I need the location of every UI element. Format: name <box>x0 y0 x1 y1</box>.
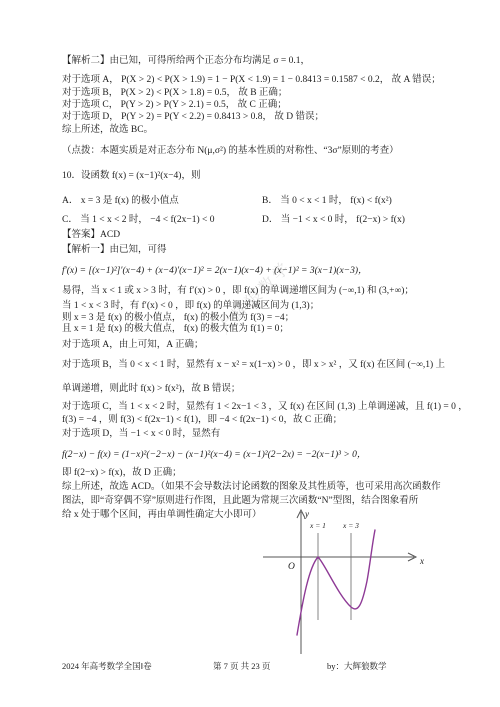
solution1-final-line1: 综上所述，故选 ACD。（如果不会导数法讨论函数的图象及其性质等，也可采用高次函… <box>62 482 441 494</box>
solution2-option-b: 对于选项 B， P(X > 2) < P(X > 1.8) = 0.5， 故 B… <box>62 88 287 100</box>
footer-author: by：大辉狼数学 <box>327 660 387 672</box>
y-axis-label: y <box>304 509 309 519</box>
x-axis-label: x <box>419 556 424 566</box>
solution2-option-a: 对于选项 A， P(X > 2) < P(X > 1.9) = 1 − P(X … <box>62 75 441 87</box>
solution1-option-d-intro: 对于选项 D，当 −1 < x < 0 时，显然有 <box>62 429 220 441</box>
origin-label: O <box>288 562 295 572</box>
solution2-option-c: 对于选项 C， P(Y > 2) > P(Y > 2.1) = 0.5， 故 C… <box>62 100 287 112</box>
solution1-monotonic-increase: 易得，当 x < 1 或 x > 3 时，有 f′(x) > 0 ，即 f(x)… <box>62 286 414 298</box>
footer-page-number: 第 7 页 共 23 页 <box>213 660 270 672</box>
solution1-option-d-conclusion: 即 f(2−x) > f(x)，故 D 正确； <box>62 468 182 480</box>
solution1-option-c-line2: f(3) = −4 ，则 f(3) < f(2x−1) < f(1)，即 −4 … <box>62 415 342 427</box>
cubic-curve <box>297 530 375 635</box>
solution1-heading: 【解析一】由已知，可得 <box>62 245 167 257</box>
solution1-derivative-formula: f′(x) = [(x−1)²]′(x−4) + (x−4)′(x−1)² = … <box>62 266 368 278</box>
vline2-label: x = 3 <box>342 521 359 530</box>
solution2-note: （点拨：本题实质是对正态分布 N(μ,σ²) 的基本性质的对称性、“3σ”原则的… <box>62 146 399 158</box>
solution1-option-b-line2: 单调递增，则此时 f(x) > f(x²)，故 B 错误； <box>62 384 240 396</box>
question10-option-b: B． 当 0 < x < 1 时， f(x) < f(x²) <box>262 196 392 208</box>
question10-stem: 10．设函数 f(x) = (x−1)²(x−4)，则 <box>62 171 200 183</box>
solution1-option-d-formula: f(2−x) − f(x) = (1−x)²(−2−x) − (x−1)²(x−… <box>62 450 366 462</box>
solution1-monotonic-decrease: 当 1 < x < 3 时，有 f′(x) < 0 ，即 f(x) 的单调递减区… <box>62 301 319 313</box>
footer-paper-title: 2024 年高考数学全国Ⅰ卷 <box>62 660 152 672</box>
question10-answer: 【答案】ACD <box>62 230 120 242</box>
solution1-option-a: 对于选项 A，由上可知，A 正确； <box>62 340 203 352</box>
question10-option-c: C． 当 1 < x < 2 时， −4 < f(2x−1) < 0 <box>62 215 214 227</box>
question10-option-d: D． 当 −1 < x < 0 时， f(2−x) > f(x) <box>262 215 405 227</box>
solution1-option-c-line1: 对于选项 C，当 1 < x < 2 时，显然有 1 < 2x−1 < 3 ，又… <box>62 402 468 414</box>
solution2-conclusion: 综上所述，故选 BC。 <box>62 125 153 137</box>
solution1-option-b-line1: 对于选项 B，当 0 < x < 1 时，显然有 x − x² = x(1−x)… <box>62 360 445 372</box>
solution2-heading: 【解析二】由已知，可得所给两个正态分布均满足 σ = 0.1， <box>62 56 310 68</box>
solution1-final-line3: 给 x 处于哪个区间，再由单调性确定大小即可） <box>62 510 262 522</box>
solution1-max-point: 且 x = 1 是 f(x) 的极大值点， f(x) 的极大值为 f(1) = … <box>62 324 289 336</box>
vline1-label: x = 1 <box>309 521 326 530</box>
solution2-option-d: 对于选项 D， P(Y > 2) = P(Y < 2.2) = 0.8413 >… <box>62 112 324 124</box>
document-page: 大辉狼数学 【解析二】由已知，可得所给两个正态分布均满足 σ = 0.1， 对于… <box>0 0 500 707</box>
question10-option-a: A． x = 3 是 f(x) 的极小值点 <box>62 196 179 208</box>
cubic-function-graph: y x O x = 1 x = 3 <box>254 503 439 663</box>
